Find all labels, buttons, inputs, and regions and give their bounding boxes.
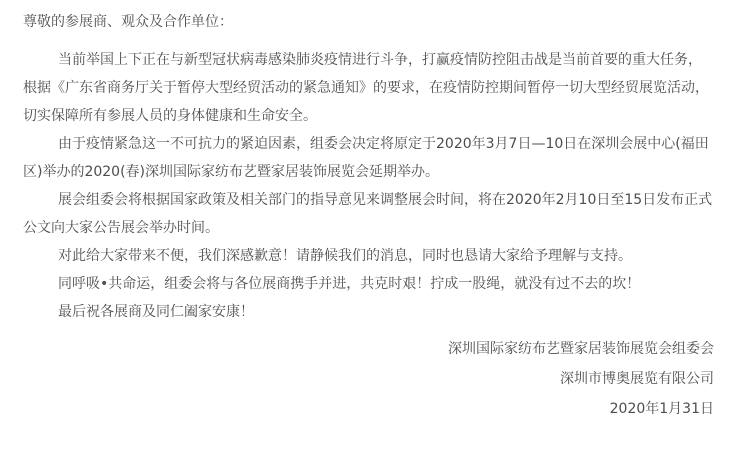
signature-date: 2020年1月31日: [23, 394, 714, 424]
body-line: 由于疫情紧急这一不可抗力的紧迫因素，组委会决定将原定于2020年3月7日—10日…: [23, 130, 714, 158]
signature-block: 深圳国际家纺布艺暨家居装饰展览会组委会 深圳市博奥展览有限公司 2020年1月3…: [23, 334, 714, 424]
signature-organizer: 深圳国际家纺布艺暨家居装饰展览会组委会: [23, 334, 714, 364]
body-line: 同呼吸•共命运，组委会将与各位展商携手并进，共克时艰！拧成一股绳，就没有过不去的…: [23, 270, 714, 298]
body-line: 当前举国上下正在与新型冠状病毒感染肺炎疫情进行斗争，打赢疫情防控阻击战是当前首要…: [23, 46, 714, 74]
announcement-letter: 尊敬的参展商、观众及合作单位： 当前举国上下正在与新型冠状病毒感染肺炎疫情进行斗…: [0, 0, 744, 469]
body-line: 切实保障所有参展人员的身体健康和生命安全。: [23, 102, 714, 130]
salutation: 尊敬的参展商、观众及合作单位：: [23, 8, 714, 36]
body-line: 对此给大家带来不便，我们深感歉意！请静候我们的消息，同时也恳请大家给予理解与支持…: [23, 242, 714, 270]
signature-company: 深圳市博奥展览有限公司: [23, 364, 714, 394]
body-line: 公文向大家公告展会举办时间。: [23, 214, 714, 242]
body-line: 最后祝各展商及同仁阖家安康！: [23, 298, 714, 326]
body-line: 区)举办的2020(春)深圳国际家纺布艺暨家居装饰展览会延期举办。: [23, 158, 714, 186]
body-line: 根据《广东省商务厅关于暂停大型经贸活动的紧急通知》的要求，在疫情防控期间暂停一切…: [23, 74, 714, 102]
body-line: 展会组委会将根据国家政策及相关部门的指导意见来调整展会时间，将在2020年2月1…: [23, 186, 714, 214]
